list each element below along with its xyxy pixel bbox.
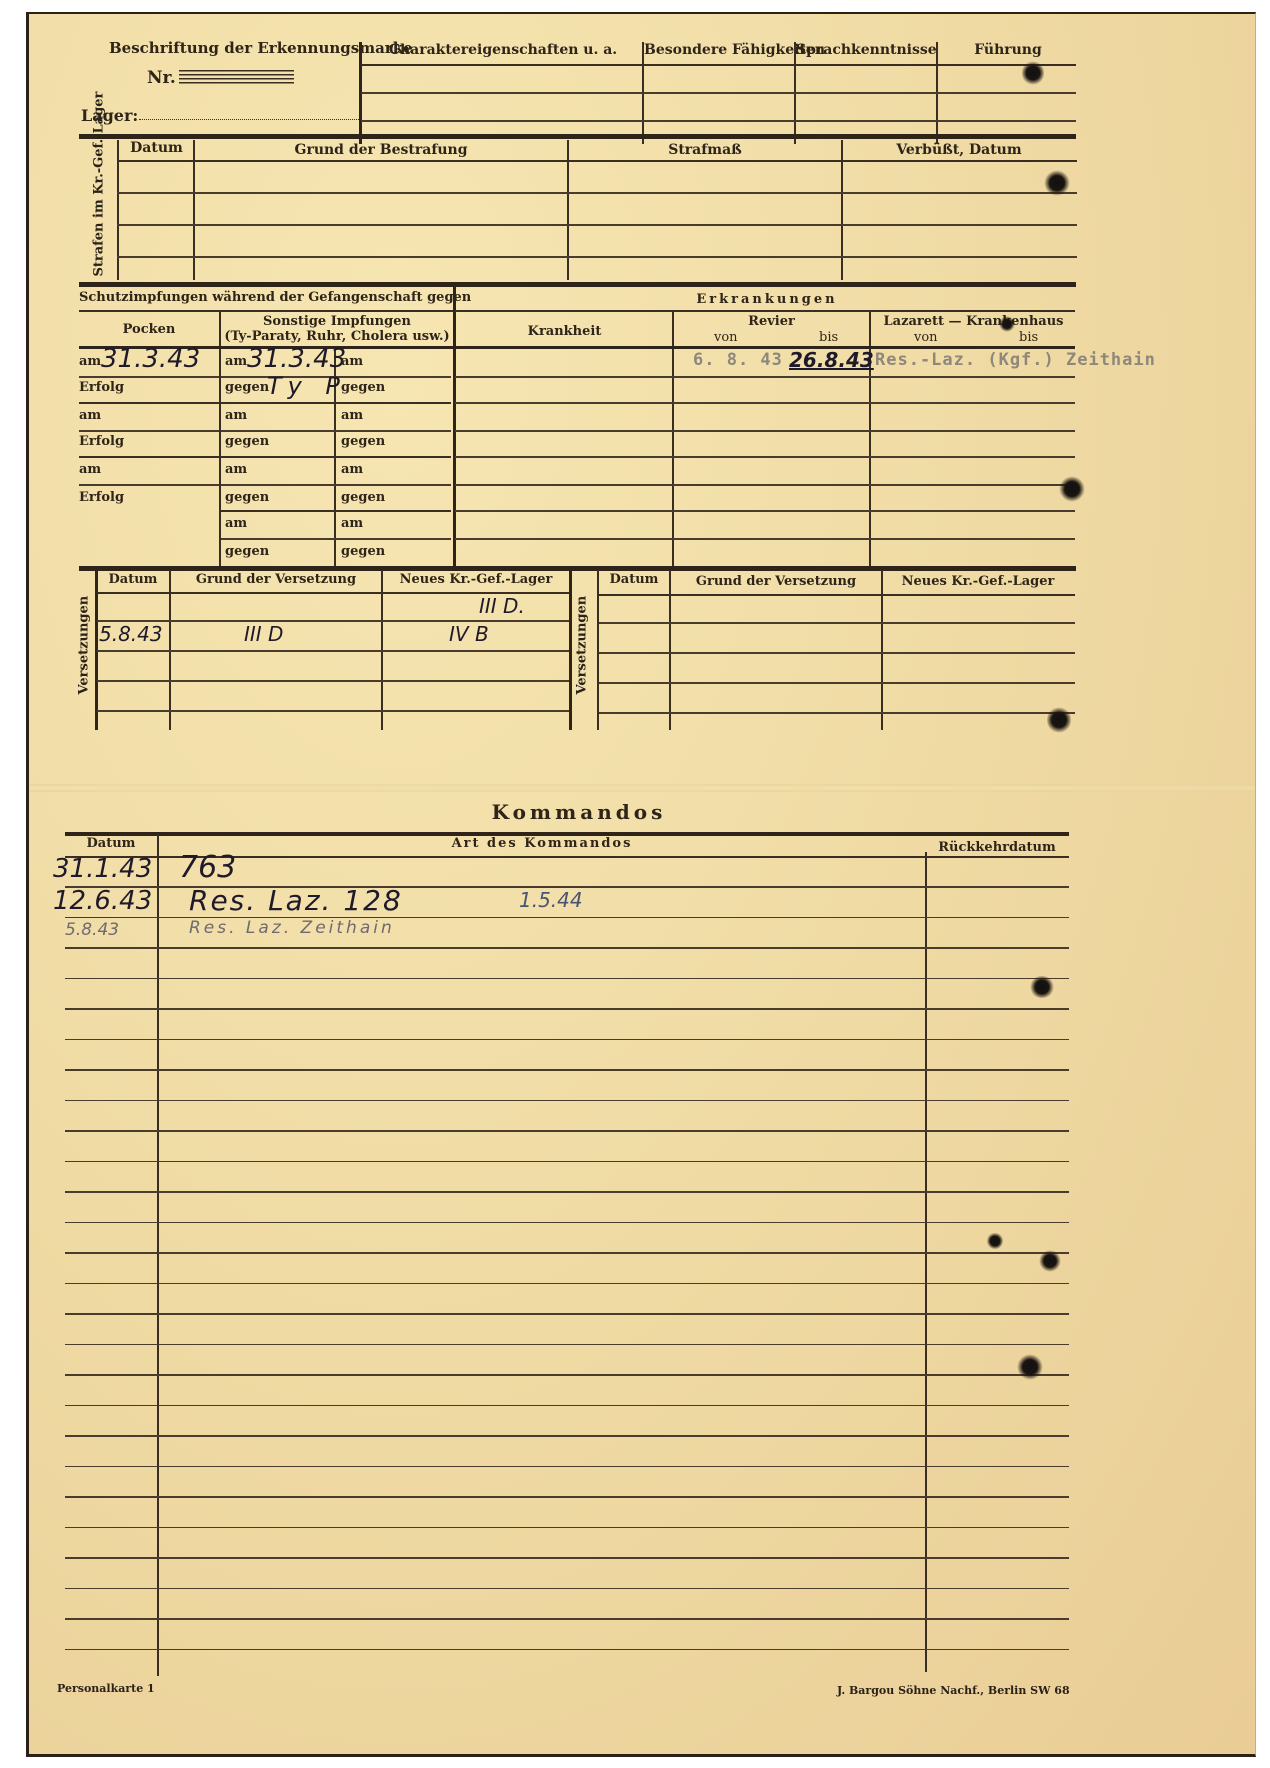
rule xyxy=(455,430,1075,432)
pocken-am-label: am xyxy=(79,462,101,477)
rule xyxy=(221,538,451,540)
rule xyxy=(221,510,451,512)
rule xyxy=(97,710,569,712)
printer-imprint: J. Bargou Söhne Nachf., Berlin SW 68 xyxy=(837,1684,1070,1697)
rule xyxy=(455,376,1075,378)
col-datum: Datum xyxy=(65,836,157,851)
sonstige-gegen-label: gegen xyxy=(225,380,269,395)
versetzung-datum-value: 5.8.43 xyxy=(99,622,163,646)
col-sprachen: Sprachkenntnisse xyxy=(796,42,936,58)
pocken-am-label: am xyxy=(79,354,101,369)
col-lazarett: Lazarett — Krankenhaus xyxy=(871,314,1076,329)
rule xyxy=(65,1130,1069,1132)
strafen-side-label: Strafen im Kr.-Gef.-Lager xyxy=(92,157,107,277)
rule xyxy=(65,1100,1069,1102)
rule xyxy=(79,134,1076,139)
sonstige-am-value: 31.3.43 xyxy=(247,344,346,374)
rule xyxy=(65,1191,1069,1193)
kommando-note: 1.5.44 xyxy=(519,888,583,912)
sonstige-am-label: am xyxy=(225,462,247,477)
revier-bis-value: 26.8.43 xyxy=(789,348,874,372)
rule xyxy=(65,1222,1069,1224)
versetzung-grund-value: III D xyxy=(244,622,283,646)
rule xyxy=(97,650,569,652)
rule xyxy=(221,456,451,458)
col-datum: Datum xyxy=(119,140,194,156)
divider xyxy=(569,570,572,730)
punch-hole xyxy=(1022,60,1044,86)
col-grund-versetzung: Grund der Versetzung xyxy=(671,574,881,589)
col-neues-lager: Neues Kr.-Gef.-Lager xyxy=(383,572,569,587)
divider xyxy=(925,852,927,1672)
sonstige-am-label: am xyxy=(225,408,247,423)
sonstige-am-label: am xyxy=(341,354,363,369)
rule xyxy=(599,594,1075,596)
sonstige-am-label: am xyxy=(225,354,247,369)
col-faehigkeiten: Besondere Fähigkeiten xyxy=(644,42,794,58)
rule xyxy=(117,256,1077,258)
rule xyxy=(65,1039,1069,1041)
lazarett-von-label: von xyxy=(914,330,938,345)
rule xyxy=(79,282,1076,287)
sonstige-gegen-label: gegen xyxy=(341,434,385,449)
kommando-datum: 31.1.43 xyxy=(53,854,152,884)
col-revier: Revier xyxy=(674,314,869,329)
form-name: Personalkarte 1 xyxy=(57,1682,155,1695)
rule xyxy=(455,456,1075,458)
pocken-am-value: 31.3.43 xyxy=(101,344,200,374)
kommando-art: Res. Laz. Zeithain xyxy=(189,918,395,938)
sonstige-gegen-label: gegen xyxy=(225,490,269,505)
lazarett-stamp: Res.-Laz. (Kgf.) Zeithain xyxy=(875,350,1156,370)
col-art-kommandos: Art des Kommandos xyxy=(159,836,925,851)
col-strafmass: Strafmaß xyxy=(569,142,841,158)
rule xyxy=(599,712,1075,714)
rule xyxy=(599,682,1075,684)
kommando-art: 763 xyxy=(179,850,236,885)
rule xyxy=(361,92,1076,94)
rule xyxy=(65,1466,1069,1468)
rule xyxy=(65,1069,1069,1071)
punch-hole xyxy=(1017,1354,1043,1380)
rule xyxy=(455,484,1075,486)
versetzung-lager-value: III D. xyxy=(479,594,525,618)
divider xyxy=(453,286,456,566)
sonstige-gegen-label: gegen xyxy=(225,434,269,449)
versetzungen-side-label: Versetzungen xyxy=(77,605,92,695)
lazarett-bis-label: bis xyxy=(1019,330,1038,345)
rule xyxy=(117,160,1077,162)
rule xyxy=(65,1496,1069,1498)
lager-label: Lager: xyxy=(81,106,138,125)
kommandos-title: Kommandos xyxy=(429,800,729,824)
rule xyxy=(79,484,219,486)
pocken-erfolg-label: Erfolg xyxy=(79,380,124,395)
sonstige-gegen-label: gegen xyxy=(341,544,385,559)
rule xyxy=(79,566,1076,571)
punch-hole xyxy=(987,1232,1003,1250)
rule xyxy=(79,456,219,458)
kommando-art: Res. Laz. 128 xyxy=(189,884,403,917)
fold-crease xyxy=(29,784,1255,792)
col-grund-versetzung: Grund der Versetzung xyxy=(171,572,381,587)
divider xyxy=(157,834,159,1676)
col-charakter: Charaktereigenschaften u. a. xyxy=(364,42,642,58)
pocken-erfolg-label: Erfolg xyxy=(79,434,124,449)
col-fuehrung: Führung xyxy=(938,42,1078,58)
kommando-datum: 12.6.43 xyxy=(53,886,152,916)
rule xyxy=(65,978,1069,980)
pocken-am-label: am xyxy=(79,408,101,423)
rule xyxy=(65,1313,1069,1315)
revier-von-stamp: 6. 8. 43 xyxy=(693,350,783,370)
rule xyxy=(65,1374,1069,1376)
kommando-datum: 5.8.43 xyxy=(65,920,119,940)
rule xyxy=(65,1618,1069,1620)
rule xyxy=(65,947,1069,949)
rule xyxy=(65,1557,1069,1559)
rule xyxy=(65,1008,1069,1010)
versetzungen-side-label: Versetzungen xyxy=(575,605,590,695)
rule xyxy=(79,310,453,312)
punch-hole xyxy=(1044,170,1070,196)
rule xyxy=(65,1344,1069,1346)
sonstige-am-label: am xyxy=(341,408,363,423)
rule xyxy=(97,620,569,622)
col-neues-lager: Neues Kr.-Gef.-Lager xyxy=(883,574,1073,589)
sonstige-am-label: am xyxy=(341,516,363,531)
versetzung-lager-value: IV B xyxy=(449,622,489,646)
rule xyxy=(599,652,1075,654)
col-sonstige: Sonstige Impfungen(Ty-Paraty, Ruhr, Chol… xyxy=(221,314,453,344)
col-pocken: Pocken xyxy=(79,322,219,337)
rule xyxy=(65,886,1069,888)
rule xyxy=(65,1527,1069,1529)
punch-hole xyxy=(1039,1250,1061,1272)
punch-hole xyxy=(1047,706,1071,734)
rule xyxy=(455,346,1075,349)
rule xyxy=(455,402,1075,404)
rule xyxy=(65,1161,1069,1163)
rule xyxy=(455,538,1075,540)
rule xyxy=(221,484,451,486)
rule xyxy=(65,1588,1069,1590)
rule xyxy=(455,510,1075,512)
col-krankheit: Krankheit xyxy=(457,324,672,339)
erkrankungen-title: Erkrankungen xyxy=(457,292,1077,307)
rule xyxy=(65,1435,1069,1437)
rule xyxy=(79,402,219,404)
sonstige-gegen-label: gegen xyxy=(341,490,385,505)
punch-hole xyxy=(999,316,1015,332)
sonstige-am-label: am xyxy=(341,462,363,477)
rule xyxy=(361,120,1076,122)
rule xyxy=(599,622,1075,624)
col-verbuesst: Verbüßt, Datum xyxy=(843,142,1075,158)
revier-bis-label: bis xyxy=(819,330,838,345)
pocken-erfolg-label: Erfolg xyxy=(79,490,124,505)
rule xyxy=(117,192,1077,194)
rule xyxy=(65,1252,1069,1254)
nr-label: Nr. xyxy=(147,68,176,88)
sonstige-am-label: am xyxy=(225,516,247,531)
sonstige-gegen-value: Ty P xyxy=(267,372,348,400)
lager-field[interactable] xyxy=(139,118,359,120)
impfungen-title: Schutzimpfungen während der Gefangenscha… xyxy=(79,290,454,305)
punch-hole xyxy=(1029,976,1055,998)
rule xyxy=(361,64,1076,66)
col-rueckkehrdatum: Rückkehrdatum xyxy=(927,840,1067,855)
col-datum: Datum xyxy=(97,572,169,587)
rule xyxy=(79,430,219,432)
rule xyxy=(65,1283,1069,1285)
rule xyxy=(455,310,1075,312)
col-grund-bestrafung: Grund der Bestrafung xyxy=(195,142,567,158)
rule xyxy=(79,376,219,378)
rule xyxy=(97,680,569,682)
rule xyxy=(65,917,1069,919)
rule xyxy=(221,430,451,432)
rule xyxy=(65,1649,1069,1651)
personalkarte: Beschriftung der Erkennungsmarke Nr. Lag… xyxy=(26,12,1256,1757)
sonstige-gegen-label: gegen xyxy=(341,380,385,395)
rule xyxy=(221,402,451,404)
punch-hole xyxy=(1059,476,1085,502)
rule xyxy=(65,1405,1069,1407)
revier-von-label: von xyxy=(714,330,738,345)
rule xyxy=(117,224,1077,226)
sonstige-gegen-label: gegen xyxy=(225,544,269,559)
nr-field-lines xyxy=(179,70,294,86)
col-datum: Datum xyxy=(599,572,669,587)
